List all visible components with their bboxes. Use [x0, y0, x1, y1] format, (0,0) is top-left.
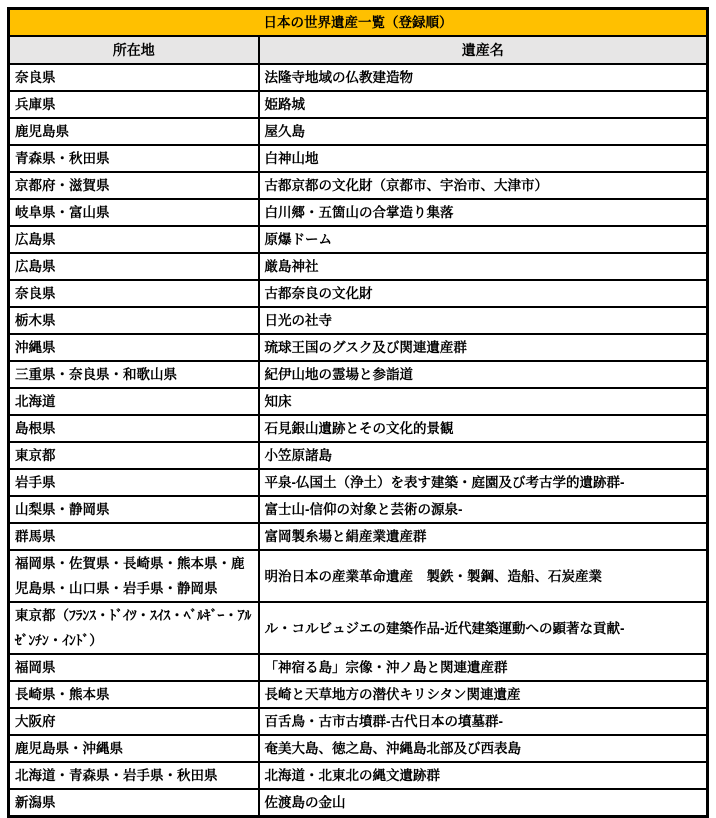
column-header-heritage: 遺産名	[259, 36, 708, 64]
heritage-name-cell: 琉球王国のグスク及び関連遺産群	[259, 334, 708, 361]
location-cell: 広島県	[9, 253, 259, 280]
table-row: 青森県・秋田県白神山地	[9, 145, 708, 172]
heritage-name-cell: 長崎と天草地方の潜伏キリシタン関連遺産	[259, 681, 708, 708]
table-row: 広島県厳島神社	[9, 253, 708, 280]
location-cell: 群馬県	[9, 523, 259, 550]
location-cell: 山梨県・静岡県	[9, 496, 259, 523]
location-cell: 岩手県	[9, 469, 259, 496]
table-row: 群馬県富岡製糸場と絹産業遺産群	[9, 523, 708, 550]
location-cell: 兵庫県	[9, 91, 259, 118]
heritage-name-cell: 百舌鳥・古市古墳群-古代日本の墳墓群-	[259, 708, 708, 735]
heritage-name-cell: 屋久島	[259, 118, 708, 145]
table-row: 北海道知床	[9, 388, 708, 415]
location-cell: 奈良県	[9, 64, 259, 91]
location-cell: 三重県・奈良県・和歌山県	[9, 361, 259, 388]
heritage-name-cell: 知床	[259, 388, 708, 415]
location-cell: 東京都	[9, 442, 259, 469]
table-title: 日本の世界遺産一覧（登録順）	[9, 9, 708, 37]
table-row: 鹿児島県・沖縄県奄美大島、徳之島、沖縄島北部及び西表島	[9, 735, 708, 762]
table-row: 奈良県法隆寺地域の仏教建造物	[9, 64, 708, 91]
heritage-name-cell: 佐渡島の金山	[259, 789, 708, 817]
heritage-name-cell: 明治日本の産業革命遺産 製鉄・製鋼、造船、石炭産業	[259, 550, 708, 602]
table-row: 新潟県佐渡島の金山	[9, 789, 708, 817]
table-row: 島根県石見銀山遺跡とその文化的景観	[9, 415, 708, 442]
location-cell: 奈良県	[9, 280, 259, 307]
table-row: 兵庫県姫路城	[9, 91, 708, 118]
title-row: 日本の世界遺産一覧（登録順）	[9, 9, 708, 37]
heritage-name-cell: 北海道・北東北の縄文遺跡群	[259, 762, 708, 789]
heritage-name-cell: 古都奈良の文化財	[259, 280, 708, 307]
table-row: 東京都小笠原諸島	[9, 442, 708, 469]
heritage-name-cell: 原爆ドーム	[259, 226, 708, 253]
location-cell: 青森県・秋田県	[9, 145, 259, 172]
heritage-name-cell: ル・コルビュジエの建築作品-近代建築運動への顕著な貢献-	[259, 602, 708, 654]
location-cell: 沖縄県	[9, 334, 259, 361]
heritage-table: 日本の世界遺産一覧（登録順） 所在地 遺産名 奈良県法隆寺地域の仏教建造物兵庫県…	[7, 7, 709, 818]
location-cell: 栃木県	[9, 307, 259, 334]
table-row: 三重県・奈良県・和歌山県紀伊山地の霊場と参詣道	[9, 361, 708, 388]
heritage-name-cell: 紀伊山地の霊場と参詣道	[259, 361, 708, 388]
location-cell: 広島県	[9, 226, 259, 253]
heritage-name-cell: 「神宿る島」宗像・沖ノ島と関連遺産群	[259, 654, 708, 681]
location-cell: 大阪府	[9, 708, 259, 735]
heritage-name-cell: 富岡製糸場と絹産業遺産群	[259, 523, 708, 550]
heritage-name-cell: 白神山地	[259, 145, 708, 172]
table-row: 東京都（ﾌﾗﾝｽ・ﾄﾞｲﾂ・ｽｲｽ・ﾍﾞﾙｷﾞｰ・ｱﾙｾﾞﾝﾁﾝ・ｲﾝﾄﾞ）ル・…	[9, 602, 708, 654]
heritage-name-cell: 日光の社寺	[259, 307, 708, 334]
table-body: 奈良県法隆寺地域の仏教建造物兵庫県姫路城鹿児島県屋久島青森県・秋田県白神山地京都…	[9, 64, 708, 817]
table-row: 岩手県平泉-仏国土（浄土）を表す建築・庭園及び考古学的遺跡群-	[9, 469, 708, 496]
heritage-name-cell: 平泉-仏国土（浄土）を表す建築・庭園及び考古学的遺跡群-	[259, 469, 708, 496]
table-row: 沖縄県琉球王国のグスク及び関連遺産群	[9, 334, 708, 361]
heritage-name-cell: 石見銀山遺跡とその文化的景観	[259, 415, 708, 442]
location-cell: 岐阜県・富山県	[9, 199, 259, 226]
table-row: 大阪府百舌鳥・古市古墳群-古代日本の墳墓群-	[9, 708, 708, 735]
column-header-row: 所在地 遺産名	[9, 36, 708, 64]
heritage-name-cell: 富士山-信仰の対象と芸術の源泉-	[259, 496, 708, 523]
table-row: 長崎県・熊本県長崎と天草地方の潜伏キリシタン関連遺産	[9, 681, 708, 708]
heritage-name-cell: 小笠原諸島	[259, 442, 708, 469]
location-cell: 長崎県・熊本県	[9, 681, 259, 708]
table-row: 北海道・青森県・岩手県・秋田県北海道・北東北の縄文遺跡群	[9, 762, 708, 789]
location-cell: 新潟県	[9, 789, 259, 817]
table-row: 鹿児島県屋久島	[9, 118, 708, 145]
location-cell: 福岡県	[9, 654, 259, 681]
table-row: 京都府・滋賀県古都京都の文化財（京都市、宇治市、大津市）	[9, 172, 708, 199]
heritage-name-cell: 姫路城	[259, 91, 708, 118]
table-row: 福岡県・佐賀県・長崎県・熊本県・鹿児島県・山口県・岩手県・静岡県明治日本の産業革…	[9, 550, 708, 602]
heritage-name-cell: 奄美大島、徳之島、沖縄島北部及び西表島	[259, 735, 708, 762]
location-cell: 北海道	[9, 388, 259, 415]
heritage-name-cell: 古都京都の文化財（京都市、宇治市、大津市）	[259, 172, 708, 199]
table-row: 福岡県「神宿る島」宗像・沖ノ島と関連遺産群	[9, 654, 708, 681]
location-cell: 京都府・滋賀県	[9, 172, 259, 199]
location-cell: 島根県	[9, 415, 259, 442]
location-cell: 鹿児島県	[9, 118, 259, 145]
table-row: 広島県原爆ドーム	[9, 226, 708, 253]
worksheet: 日本の世界遺産一覧（登録順） 所在地 遺産名 奈良県法隆寺地域の仏教建造物兵庫県…	[0, 0, 716, 818]
location-cell: 東京都（ﾌﾗﾝｽ・ﾄﾞｲﾂ・ｽｲｽ・ﾍﾞﾙｷﾞｰ・ｱﾙｾﾞﾝﾁﾝ・ｲﾝﾄﾞ）	[9, 602, 259, 654]
table-row: 栃木県日光の社寺	[9, 307, 708, 334]
location-cell: 北海道・青森県・岩手県・秋田県	[9, 762, 259, 789]
table-row: 山梨県・静岡県富士山-信仰の対象と芸術の源泉-	[9, 496, 708, 523]
heritage-name-cell: 法隆寺地域の仏教建造物	[259, 64, 708, 91]
table-row: 岐阜県・富山県白川郷・五箇山の合掌造り集落	[9, 199, 708, 226]
location-cell: 福岡県・佐賀県・長崎県・熊本県・鹿児島県・山口県・岩手県・静岡県	[9, 550, 259, 602]
column-header-location: 所在地	[9, 36, 259, 64]
heritage-name-cell: 厳島神社	[259, 253, 708, 280]
table-row: 奈良県古都奈良の文化財	[9, 280, 708, 307]
heritage-name-cell: 白川郷・五箇山の合掌造り集落	[259, 199, 708, 226]
location-cell: 鹿児島県・沖縄県	[9, 735, 259, 762]
